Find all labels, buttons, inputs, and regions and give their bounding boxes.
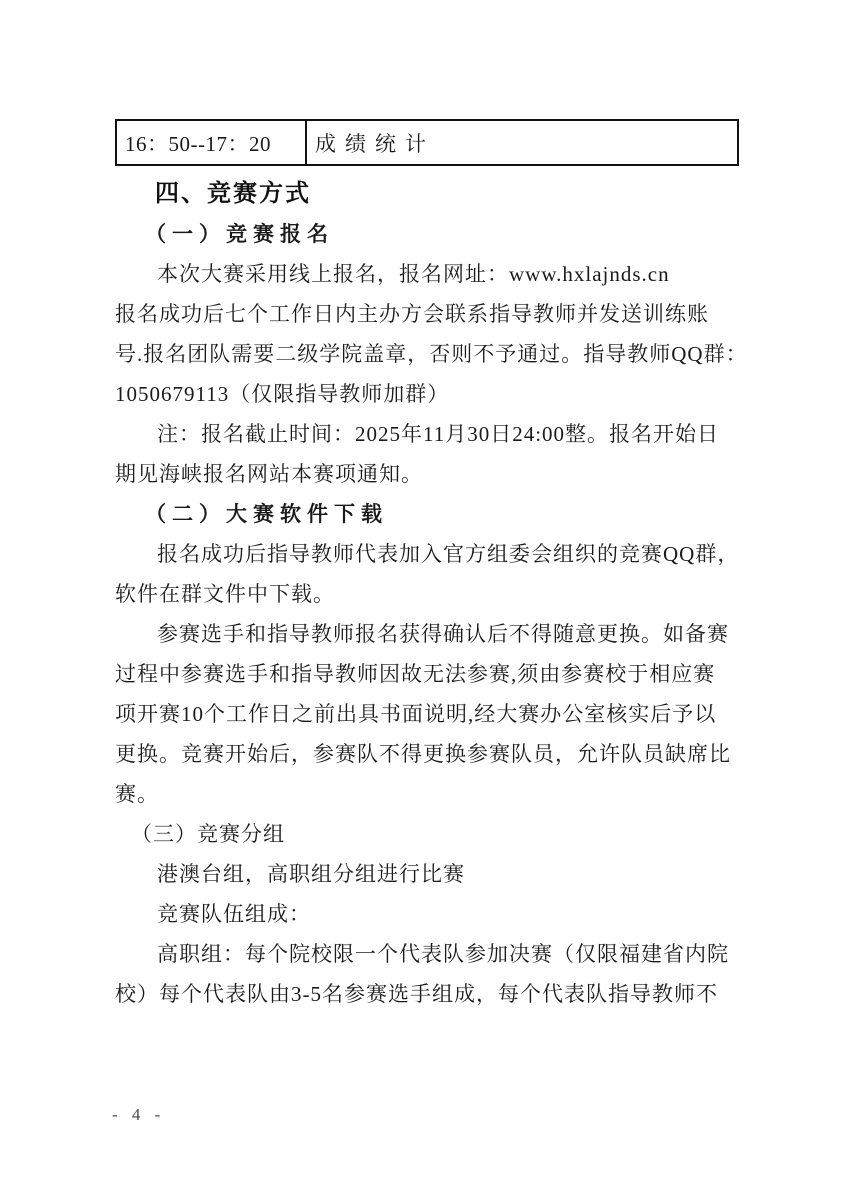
subsection-heading-software-download: （二）大赛软件下载 — [115, 494, 741, 534]
body-line: 报名成功后七个工作日内主办方会联系指导教师并发送训练账 — [115, 294, 741, 334]
subsection-heading-registration: （一）竞赛报名 — [115, 214, 741, 254]
body-line: 参赛选手和指导教师报名获得确认后不得随意更换。如备赛 — [115, 614, 741, 654]
page-number: - 4 - — [112, 1105, 165, 1125]
schedule-event-cell: 成绩统计 — [306, 120, 738, 165]
body-line: 项开赛10个工作日之前出具书面说明,经大赛办公室核实后予以 — [115, 694, 741, 734]
body-line: 注：报名截止时间：2025年11月30日24:00整。报名开始日 — [115, 414, 741, 454]
body-line: 港澳台组，高职组分组进行比赛 — [115, 854, 741, 894]
body-line: 期见海峡报名网站本赛项通知。 — [115, 454, 741, 494]
subsection-heading-grouping: （三）竞赛分组 — [115, 814, 741, 854]
body-line: 过程中参赛选手和指导教师因故无法参赛,须由参赛校于相应赛 — [115, 654, 741, 694]
schedule-table: 16：50--17：20 成绩统计 — [115, 119, 739, 166]
body-line: 本次大赛采用线上报名，报名网址：www.hxlajnds.cn — [115, 254, 741, 294]
schedule-time-cell: 16：50--17：20 — [116, 120, 306, 165]
body-line: 号.报名团队需要二级学院盖章，否则不予通过。指导教师QQ群： — [115, 334, 741, 374]
table-row: 16：50--17：20 成绩统计 — [116, 120, 738, 165]
section-heading: 四、竞赛方式 — [155, 174, 741, 214]
body-line: 高职组：每个院校限一个代表队参加决赛（仅限福建省内院 — [115, 934, 741, 974]
body-line: 更换。竞赛开始后，参赛队不得更换参赛队员，允许队员缺席比 — [115, 734, 741, 774]
body-line: 校）每个代表队由3-5名参赛选手组成，每个代表队指导教师不 — [115, 974, 741, 1014]
body-line: 报名成功后指导教师代表加入官方组委会组织的竞赛QQ群， — [115, 534, 741, 574]
document-content: 16：50--17：20 成绩统计 四、竞赛方式 （一）竞赛报名 本次大赛采用线… — [115, 119, 741, 1014]
body-line: 1050679113（仅限指导教师加群） — [115, 374, 741, 414]
document-page: 16：50--17：20 成绩统计 四、竞赛方式 （一）竞赛报名 本次大赛采用线… — [0, 0, 848, 1200]
body-line: 赛。 — [115, 774, 741, 814]
body-line: 竞赛队伍组成： — [115, 894, 741, 934]
body-line: 软件在群文件中下载。 — [115, 574, 741, 614]
